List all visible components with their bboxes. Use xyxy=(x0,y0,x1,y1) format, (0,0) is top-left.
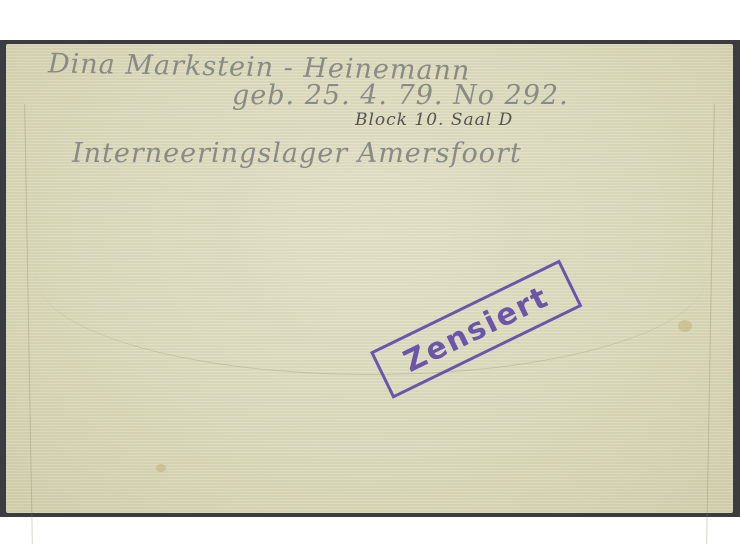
handwritten-block-hall: Block 10. Saal D xyxy=(355,110,513,130)
handwritten-camp-name: Interneeringslager Amersfoort xyxy=(72,138,522,169)
paper-stain xyxy=(678,320,692,332)
envelope-fold-right xyxy=(706,104,715,544)
paper-stain xyxy=(156,464,166,472)
envelope-fold-left xyxy=(24,104,33,544)
handwritten-birthdate-number: geb. 25. 4. 79. No 292. xyxy=(232,80,569,111)
